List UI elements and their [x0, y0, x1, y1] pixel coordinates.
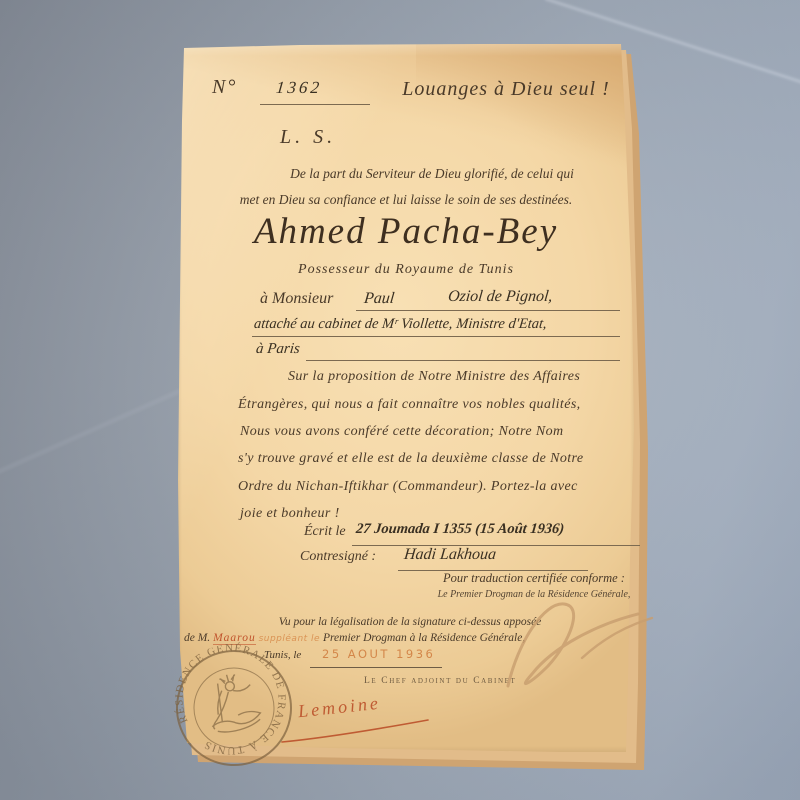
- body-line-6: joie et bonheur !: [240, 506, 340, 522]
- recipient-underline-1: [356, 294, 620, 311]
- brown-signature-flourish: [486, 594, 666, 704]
- recipient-underline-2: [252, 320, 620, 337]
- body-line-1: Sur la proposition de Notre Ministre des…: [288, 369, 580, 385]
- recipient-underline-3: [306, 344, 620, 361]
- recipient-prefix: à Monsieur: [260, 290, 333, 308]
- date-label: Écrit le: [304, 524, 346, 540]
- body-line-3: Nous vous avons conféré cette décoration…: [240, 424, 564, 440]
- countersign-label: Contresigné :: [300, 549, 376, 565]
- intro-line-2: met en Dieu sa confiance et lui laisse l…: [198, 192, 614, 208]
- place-date-underline: [310, 651, 442, 668]
- document-content: N° 1362 Louanges à Dieu seul ! L. S. De …: [176, 42, 638, 756]
- date-underline: [352, 529, 640, 546]
- countersign-underline: [398, 554, 588, 571]
- ls-seal-mark: L. S.: [280, 126, 336, 149]
- legalization-prefix: de M.: [184, 632, 210, 644]
- body-line-2: Étrangères, qui nous a fait connaître vo…: [238, 397, 581, 413]
- sovereign-subtitle: Possesseur du Royaume de Tunis: [286, 262, 526, 278]
- recipient-line-3: à Paris: [255, 341, 301, 358]
- number-underline: [260, 88, 370, 105]
- body-line-5: Ordre du Nichan-Iftikhar (Commandeur). P…: [238, 479, 578, 495]
- header-invocation: Louanges à Dieu seul !: [386, 78, 626, 101]
- sovereign-title: Ahmed Pacha-Bey: [206, 210, 606, 253]
- document-number-label: N°: [212, 76, 237, 99]
- photo-scene: N° 1362 Louanges à Dieu seul ! L. S. De …: [0, 0, 800, 800]
- intro-line-1: De la part du Serviteur de Dieu glorifié…: [252, 166, 612, 182]
- red-signature-underline: [276, 690, 436, 750]
- certification-line-1: Pour traduction certifiée conforme :: [426, 571, 642, 586]
- body-line-4: s'y trouve gravé et elle est de la deuxi…: [238, 451, 584, 467]
- marianne-figure-icon: [200, 669, 264, 737]
